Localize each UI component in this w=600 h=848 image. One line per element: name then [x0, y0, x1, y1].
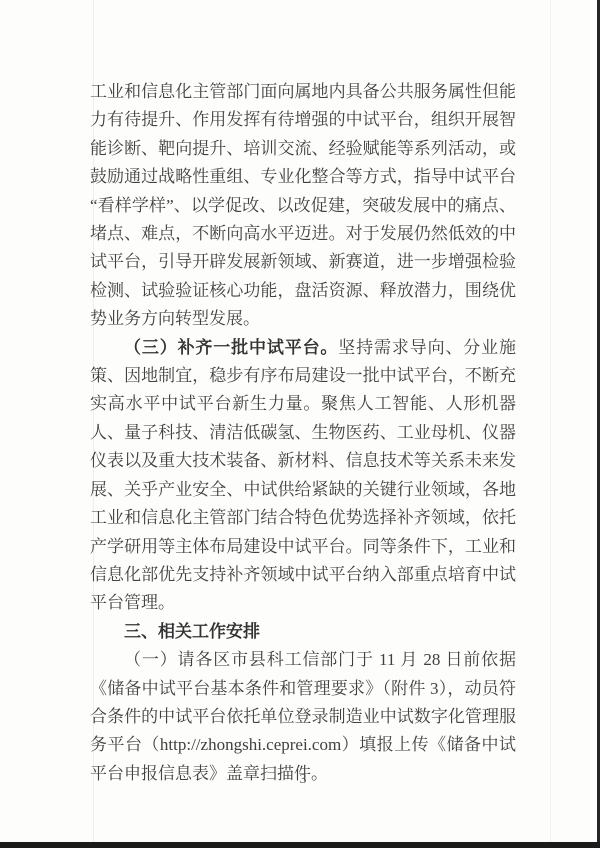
paragraph-continuation: 工业和信息化主管部门面向属地内具备公共服务属性但能力有待提升、作用发挥有待增强的… — [90, 78, 516, 334]
paragraph-section-3-lead: （三）补齐一批中试平台。 — [124, 338, 338, 357]
paragraph-section-3: （三）补齐一批中试平台。坚持需求导向、分业施策、因地制宜，稳步有序布局建设一批中… — [90, 334, 516, 618]
section-heading-work-arrangements: 三、相关工作安排 — [90, 618, 516, 646]
document-body: 工业和信息化主管部门面向属地内具备公共服务属性但能力有待提升、作用发挥有待增强的… — [90, 78, 516, 788]
scan-fold-line-right — [550, 0, 551, 848]
document-page: 工业和信息化主管部门面向属地内具备公共服务属性但能力有待提升、作用发挥有待增强的… — [0, 0, 600, 848]
scan-edge-bottom — [0, 842, 600, 848]
paragraph-section-3-text: 坚持需求导向、分业施策、因地制宜，稳步有序布局建设一批中试平台，不断充实高水平中… — [90, 338, 516, 613]
section-heading-text: 三、相关工作安排 — [124, 622, 260, 641]
paragraph-work-item-1-text: （一）请各区市县科工信部门于 11 月 28 日前依据《储备中试平台基本条件和管… — [90, 650, 516, 783]
paragraph-continuation-text: 工业和信息化主管部门面向属地内具备公共服务属性但能力有待提升、作用发挥有待增强的… — [90, 82, 516, 328]
page-number: 3 — [90, 772, 516, 788]
paragraph-work-item-1: （一）请各区市县科工信部门于 11 月 28 日前依据《储备中试平台基本条件和管… — [90, 646, 516, 788]
scan-fold-line-left — [93, 0, 94, 848]
